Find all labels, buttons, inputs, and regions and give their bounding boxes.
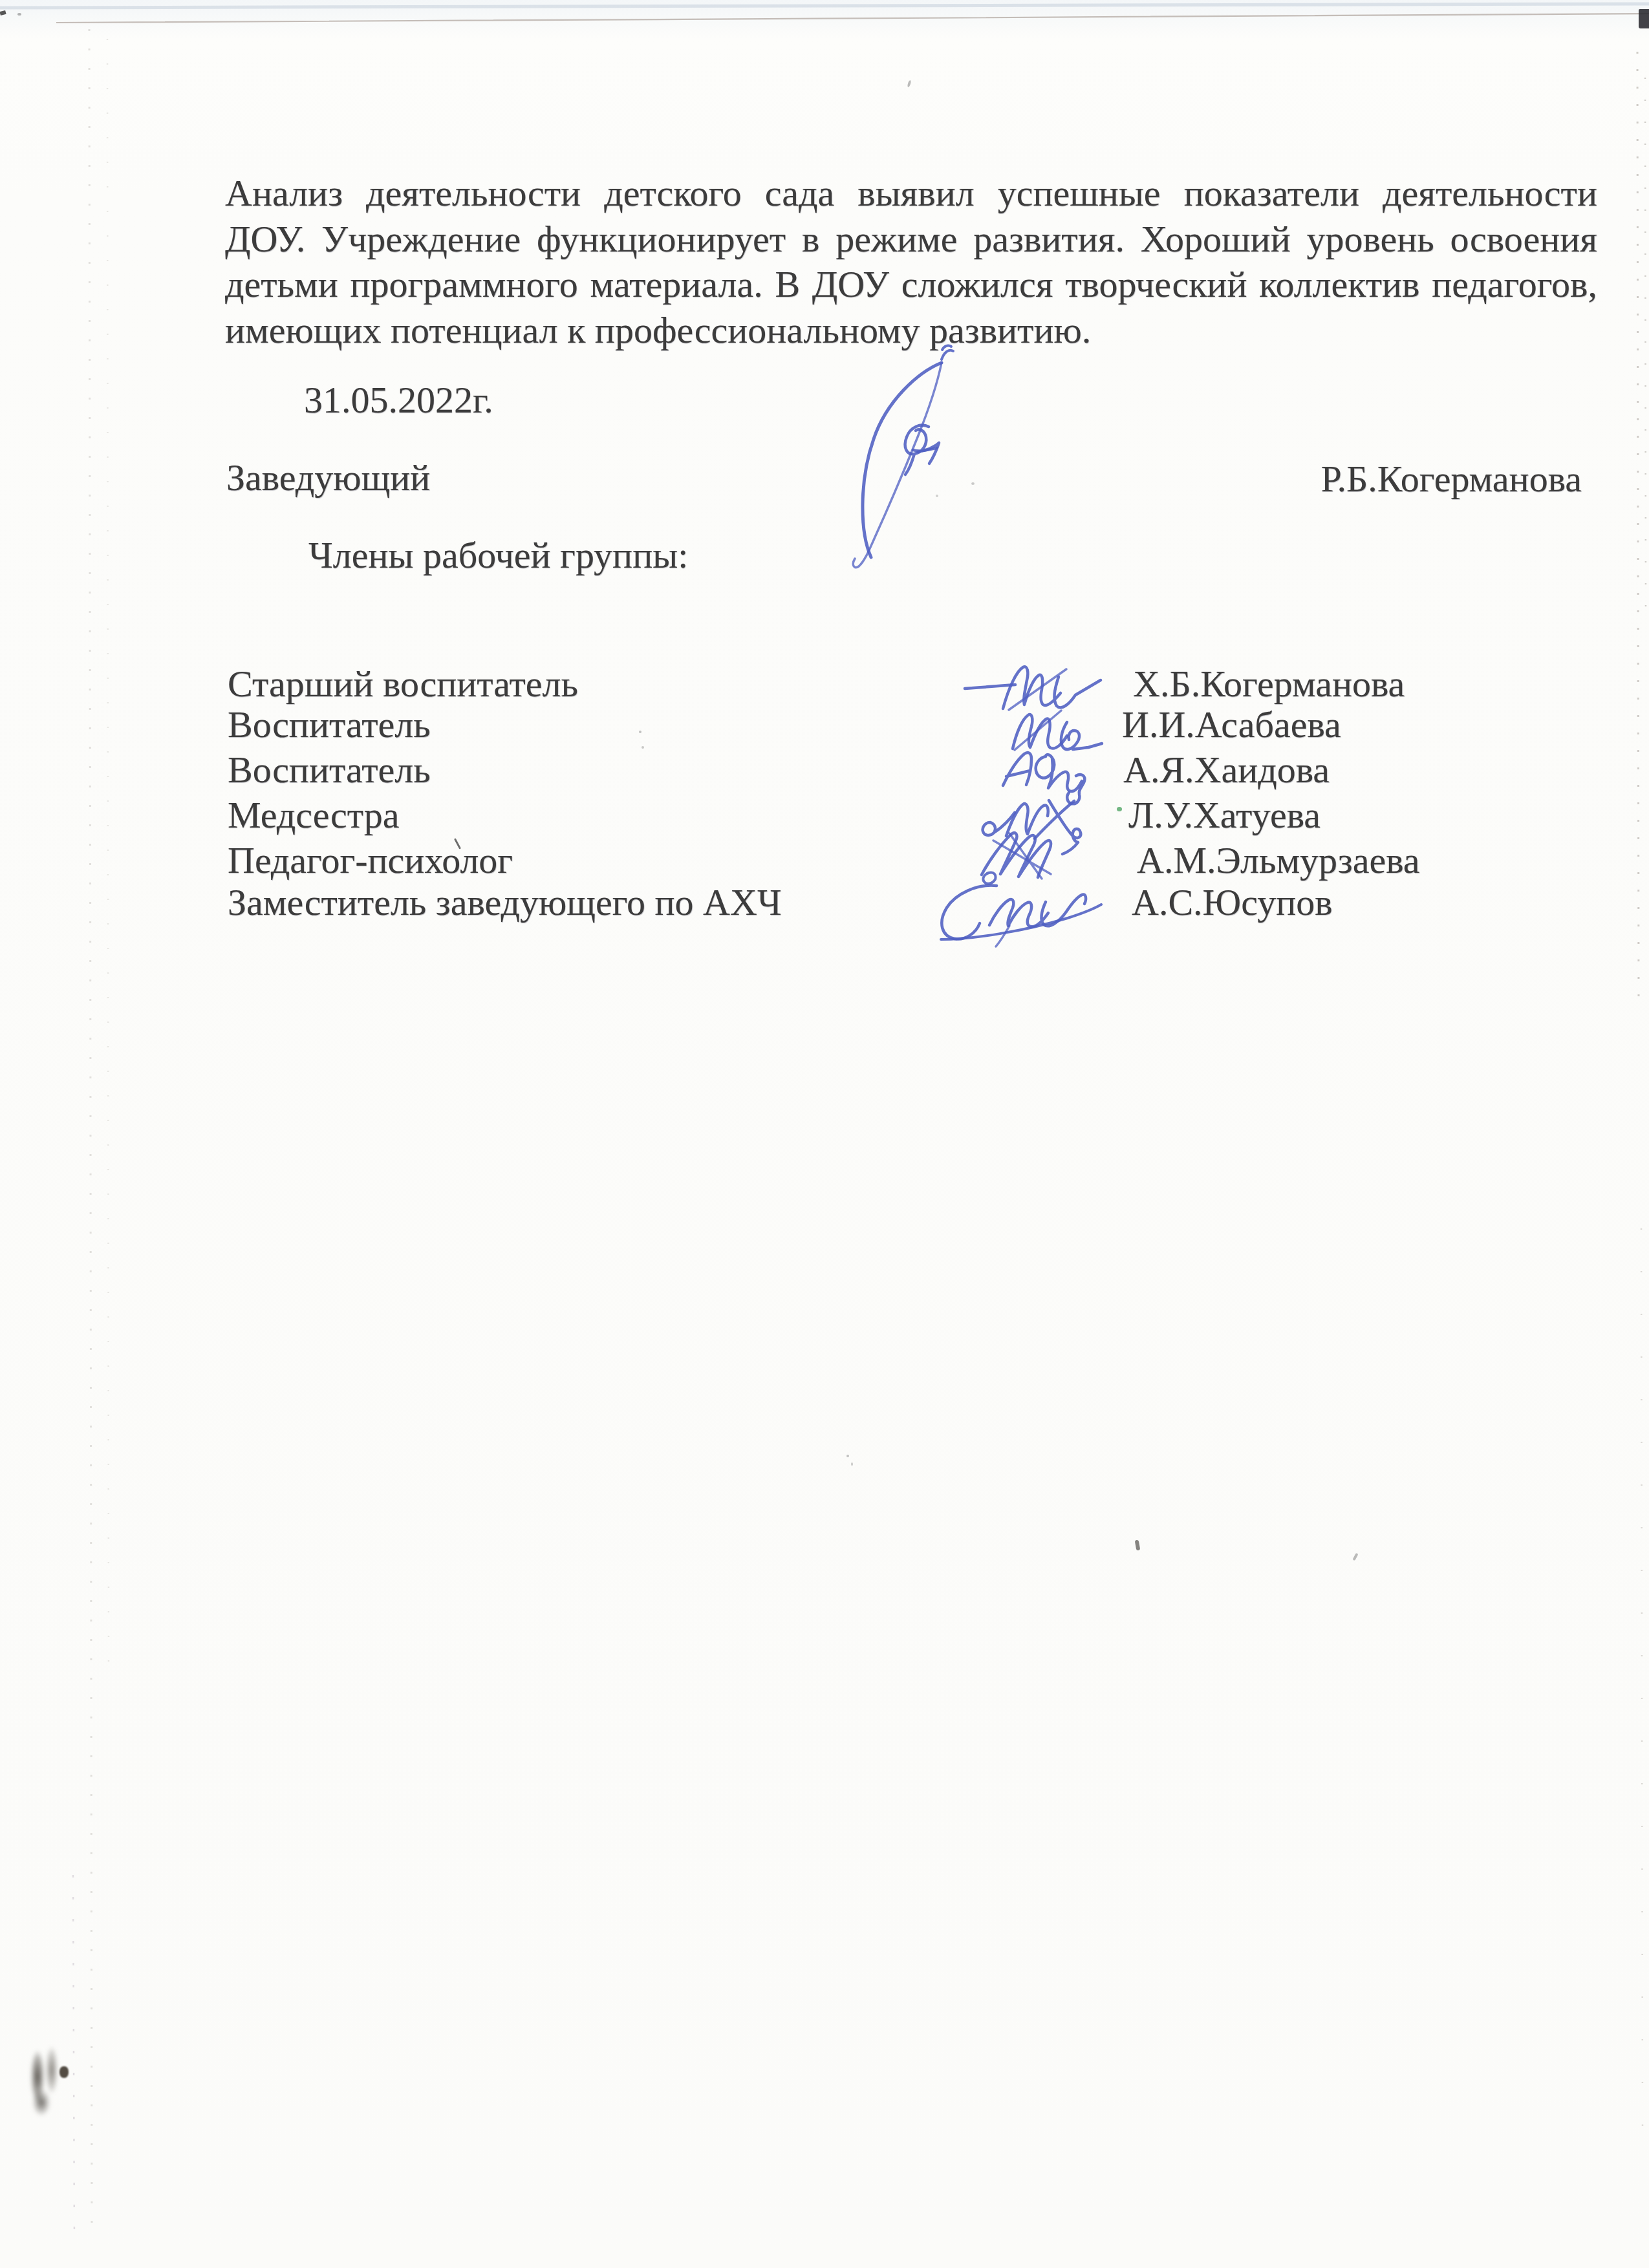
speck-artifact [1135, 1540, 1141, 1551]
member-role: Старший воспитатель [228, 661, 578, 707]
member-role: Воспитатель [228, 747, 431, 793]
scan-streak-artifact [1645, 78, 1646, 614]
paragraph-line: детьми программного материала. В ДОУ сло… [225, 262, 1597, 308]
bottom-left-smudge-artifact [18, 2030, 76, 2127]
speck-artifact [907, 80, 911, 88]
member-signature [983, 800, 1081, 854]
speck-artifact [17, 13, 21, 16]
member-role: Заместитель заведующего по АХЧ [228, 880, 782, 925]
speck-artifact [971, 482, 975, 485]
speck-artifact [1352, 1553, 1358, 1561]
scan-streak-artifact [89, 29, 92, 2237]
member-name: И.И.Асабаева [1122, 702, 1341, 747]
speck-artifact [851, 1462, 853, 1466]
top-right-corner-mark-artifact [1639, 9, 1649, 28]
analysis-paragraph: Анализ деятельности детского сада выявил… [225, 171, 1597, 353]
scan-hairline-artifact [56, 14, 1649, 23]
member-name: Х.Б.Когерманова [1133, 661, 1405, 707]
member-name: А.С.Юсупов [1132, 880, 1333, 925]
top-left-corner-mark-artifact [0, 10, 6, 16]
member-name: А.М.Эльмурзаева [1137, 838, 1420, 883]
member-signature [941, 886, 1101, 947]
member-role: Педагог-психолог [228, 838, 513, 883]
bottom-left-dot-artifact [59, 2066, 69, 2078]
member-signature [1013, 711, 1102, 750]
paragraph-line: Анализ деятельности детского сада выявил… [225, 171, 1597, 217]
speck-artifact [639, 731, 641, 733]
scanned-document-page: Анализ деятельности детского сада выявил… [0, 0, 1649, 2268]
speck-artifact [936, 495, 938, 497]
scan-streak-artifact [1641, 1228, 1643, 2134]
speck-artifact [846, 1455, 849, 1457]
director-signature [853, 346, 953, 568]
working-group-heading: Члены рабочей группы: [308, 533, 688, 578]
member-signature [965, 667, 1101, 710]
scan-streak-artifact [1637, 52, 1639, 1009]
speck-artifact [641, 746, 644, 749]
member-name: А.Я.Хаидова [1123, 747, 1330, 793]
member-role: Медсестра [228, 793, 399, 838]
director-role-label: Заведующий [226, 455, 430, 500]
document-date: 31.05.2022г. [304, 378, 493, 423]
paragraph-line: ДОУ. Учреждение функционирует в режиме р… [225, 217, 1597, 262]
green-speck-artifact [1117, 807, 1122, 811]
scan-streak-artifact [107, 39, 109, 1681]
member-name: Л.У.Хатуева [1128, 793, 1320, 838]
director-name: Р.Б.Когерманова [1321, 456, 1582, 502]
member-signature [982, 833, 1051, 883]
paragraph-line: имеющих потенциал к профессиональному ра… [225, 308, 1597, 354]
member-role: Воспитатель [228, 702, 431, 747]
member-signature [1003, 753, 1084, 804]
scan-top-edge-artifact [0, 4, 1649, 8]
